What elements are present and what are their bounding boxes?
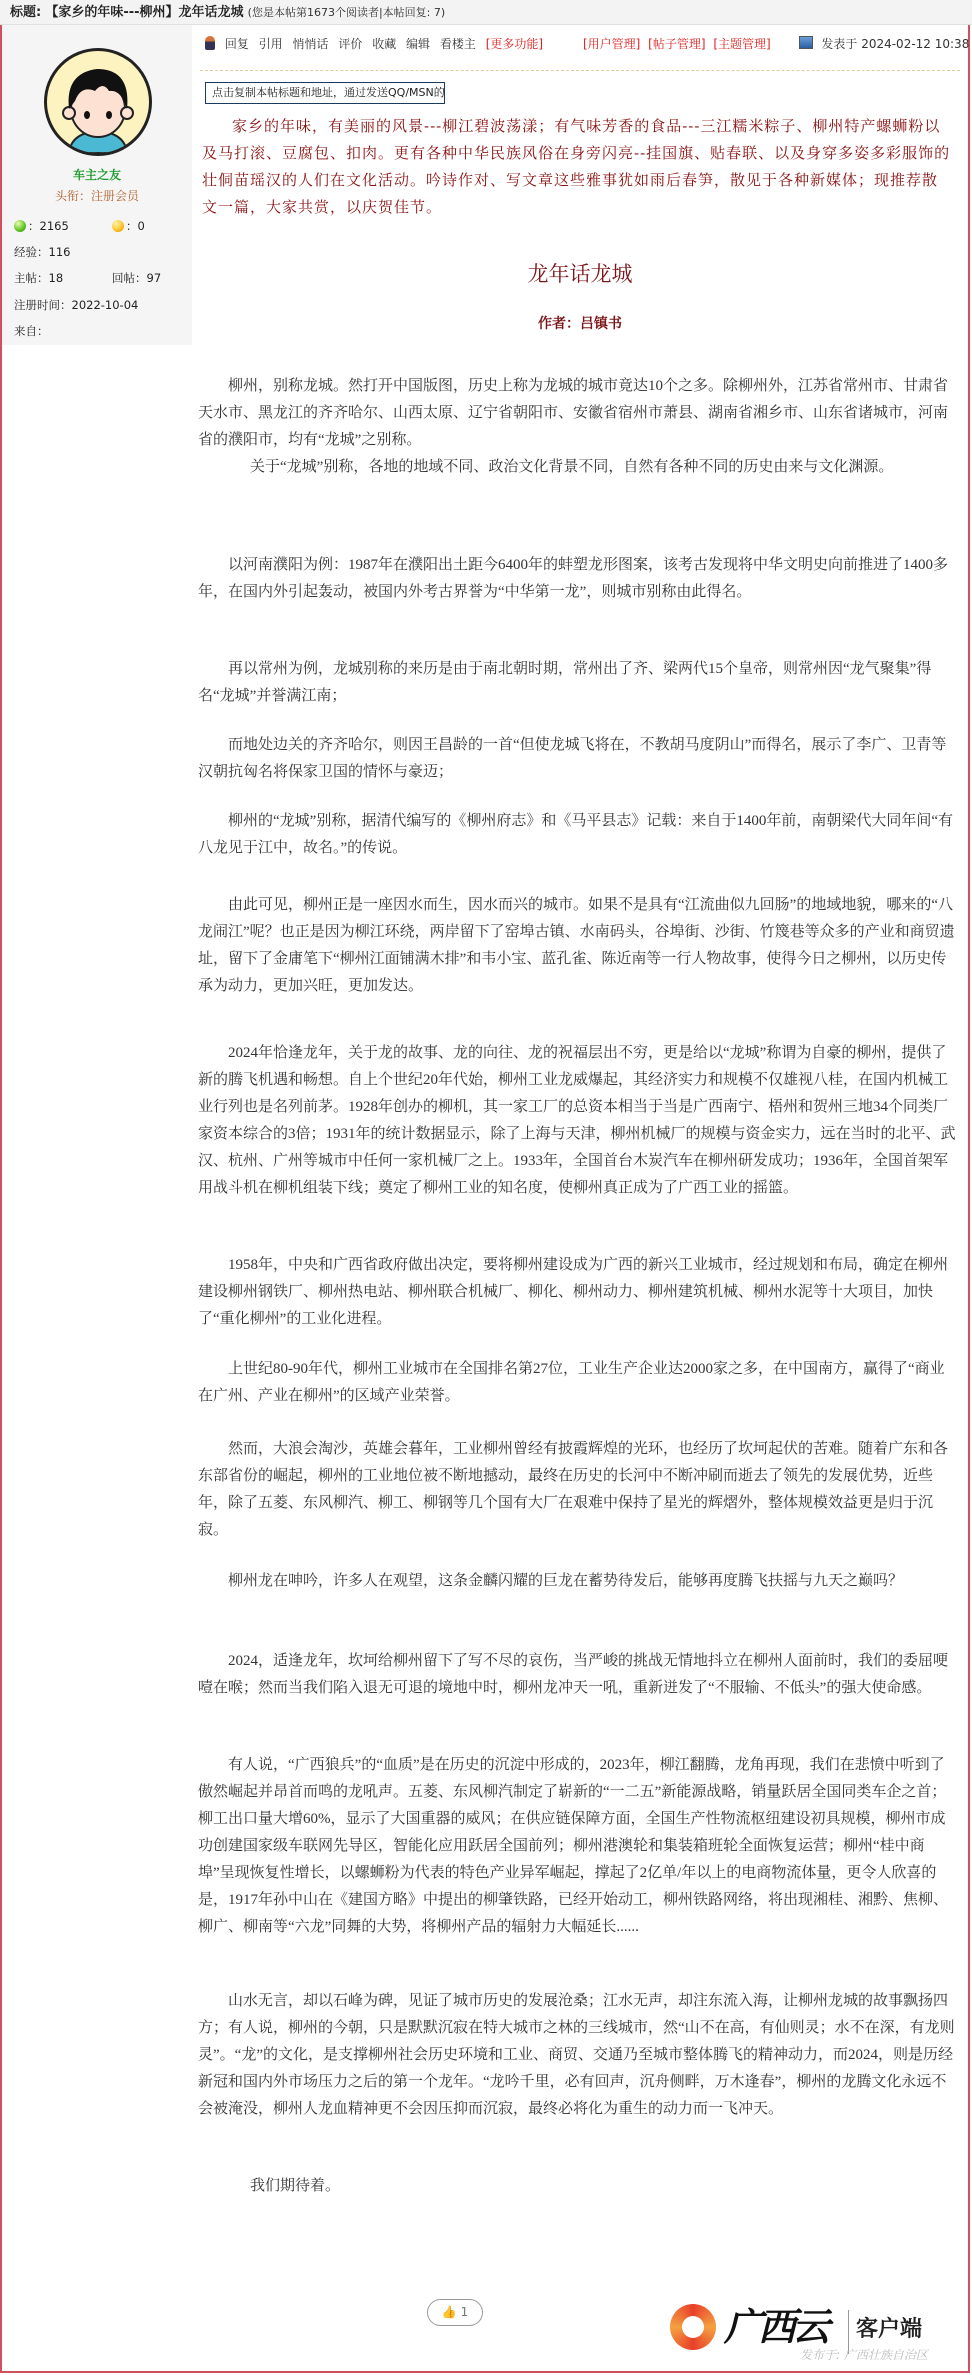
thread-title-bar: 标题: 【家乡的年味---柳州】龙年话龙城 (您是本帖第1673个阅读者|本帖回…	[0, 0, 972, 25]
author-username[interactable]: 车主之友	[2, 166, 192, 183]
like-button[interactable]: 👍 1	[427, 2299, 483, 2326]
article-body: 柳州，别称龙城。然打开中国版图，历史上称为龙城的城市竟达10个之多。除柳州外，江…	[198, 373, 956, 481]
paragraph: 柳州的“龙城”别称，据清代编写的《柳州府志》和《马平县志》记载：来自于1400年…	[198, 808, 956, 862]
paragraph: 上世纪80-90年代，柳州工业城市在全国排名第27位，工业生产企业达2000家之…	[198, 1356, 956, 1410]
thread-meta: (您是本帖第1673个阅读者|本帖回复: 7)	[248, 6, 445, 19]
paragraph: 而地处边关的齐齐哈尔，则因王昌龄的一首“但使龙城飞将在，不教胡马度阴山”而得名，…	[198, 732, 956, 786]
paragraph: 由此可见，柳州正是一座因水而生，因水而兴的城市。如果不是具有“江流曲似九回肠”的…	[198, 892, 956, 1000]
thumbs-up-icon: 👍	[442, 2305, 457, 2319]
title-label: 标题:	[10, 5, 41, 20]
article-body: 而地处边关的齐齐哈尔，则因王昌龄的一首“但使龙城飞将在，不教胡马度阴山”而得名，…	[198, 732, 956, 786]
paragraph: 2024，适逢龙年，坎坷给柳州留下了写不尽的哀伤，当严峻的挑战无情地抖立在柳州人…	[198, 1648, 956, 1702]
reply-button[interactable]: 回复	[225, 37, 249, 51]
article-body: 以河南濮阳为例：1987年在濮阳出土距今6400年的蚌塑龙形图案，该考古发现将中…	[198, 552, 956, 606]
article-body: 我们期待着。	[198, 2173, 956, 2200]
paragraph: 2024年恰逢龙年，关于龙的故事、龙的向往、龙的祝福层出不穷，更是给以“龙城”称…	[198, 1040, 956, 1202]
paragraph: 山水无言，却以石峰为碑，见证了城市历史的发展沧桑；江水无声，却注东流入海，让柳州…	[198, 1988, 956, 2123]
paragraph: 柳州，别称龙城。然打开中国版图，历史上称为龙城的城市竟达10个之多。除柳州外，江…	[198, 373, 956, 454]
like-count: 1	[461, 2305, 469, 2319]
article-body: 山水无言，却以石峰为碑，见证了城市历史的发展沧桑；江水无声，却注东流入海，让柳州…	[198, 1988, 956, 2123]
paragraph: 关于“龙城”别称，各地的地域不同、政治文化背景不同，自然有各种不同的历史由来与文…	[198, 454, 956, 481]
mascot-icon	[205, 36, 215, 50]
share-copy-box[interactable]: 点击复制本帖标题和地址，通过发送QQ/MSN的方式与朋友分享!	[205, 82, 445, 104]
article-body: 2024，适逢龙年，坎坷给柳州留下了写不尽的哀伤，当严峻的挑战无情地抖立在柳州人…	[198, 1648, 956, 1702]
gold-points-value: ：0	[126, 219, 145, 233]
article-body: 柳州龙在呻吟，许多人在观望，这条金麟闪耀的巨龙在蓄势待发后，能够再度腾飞扶摇与九…	[198, 1568, 956, 1595]
gold-points-stat: ：0	[112, 218, 145, 234]
green-points-stat: ：2165	[14, 218, 69, 234]
avatar[interactable]	[44, 48, 152, 156]
computer-icon	[799, 36, 813, 49]
client-label: 客户端	[856, 2312, 922, 2343]
brand-calligraphy: 广西云	[724, 2296, 826, 2351]
toolbar-divider	[200, 70, 960, 71]
user-admin-link[interactable]: [用户管理]	[583, 37, 640, 51]
guangxi-cloud-watermark: 广西云 客户端 发布于: 广西壮族自治区	[660, 2290, 972, 2375]
green-orb-icon	[14, 220, 26, 232]
paragraph: 然而，大浪会淘沙，英雄会暮年，工业柳州曾经有披霞辉煌的光环，也经历了坎坷起伏的苦…	[198, 1436, 956, 1544]
paragraph: 再以常州为例，龙城别称的来历是由于南北朝时期，常州出了齐、梁两代15个皇帝，则常…	[198, 656, 956, 710]
article-title: 龙年话龙城	[200, 258, 960, 288]
article-body: 上世纪80-90年代，柳州工业城市在全国排名第27位，工业生产企业达2000家之…	[198, 1356, 956, 1410]
article-body: 再以常州为例，龙城别称的来历是由于南北朝时期，常州出了齐、梁两代15个皇帝，则常…	[198, 656, 956, 710]
paragraph: 我们期待着。	[198, 2173, 956, 2200]
private-message-button[interactable]: 悄悄话	[293, 37, 329, 51]
article-body: 柳州的“龙城”别称，据清代编写的《柳州府志》和《马平县志》记载：来自于1400年…	[198, 808, 956, 862]
article-body: 2024年恰逢龙年，关于龙的故事、龙的向往、龙的祝福层出不穷，更是给以“龙城”称…	[198, 1040, 956, 1202]
quote-button[interactable]: 引用	[259, 37, 283, 51]
article-body: 然而，大浪会淘沙，英雄会暮年，工业柳州曾经有披霞辉煌的光环，也经历了坎坷起伏的苦…	[198, 1436, 956, 1544]
topic-admin-link[interactable]: [主题管理]	[713, 37, 770, 51]
gold-orb-icon	[112, 220, 124, 232]
published-location: 发布于: 广西壮族自治区	[800, 2346, 928, 2363]
replies-stat: 回帖：97	[112, 270, 161, 286]
paragraph: 有人说，“广西狼兵”的“血质”是在历史的沉淀中形成的，2023年，柳江翻腾，龙角…	[198, 1752, 956, 1941]
experience-stat: 经验：116	[14, 244, 70, 260]
boy-avatar-icon	[47, 51, 149, 153]
author-panel: 车主之友 头衔：注册会员 ：2165 ：0 经验：116 主帖：18 回帖：97…	[2, 25, 192, 345]
rate-button[interactable]: 评价	[338, 37, 362, 51]
registered-stat: 注册时间：2022-10-04	[14, 297, 138, 313]
post-toolbar: 回复 引用 悄悄话 评价 收藏 编辑 看楼主 [更多功能] [用户管理] [帖子…	[205, 35, 965, 59]
guangxi-cloud-logo-icon	[670, 2304, 716, 2350]
topics-stat: 主帖：18	[14, 270, 63, 286]
paragraph: 柳州龙在呻吟，许多人在观望，这条金麟闪耀的巨龙在蓄势待发后，能够再度腾飞扶摇与九…	[198, 1568, 956, 1595]
edit-button[interactable]: 编辑	[406, 37, 430, 51]
more-functions-link[interactable]: [更多功能]	[486, 37, 543, 51]
post-timestamp: 发表于 2024-02-12 10:38 第1楼	[821, 37, 972, 51]
article-body: 有人说，“广西狼兵”的“血质”是在历史的沉淀中形成的，2023年，柳江翻腾，龙角…	[198, 1752, 956, 1941]
author-rank: 头衔：注册会员	[2, 187, 192, 204]
article-author: 作者：吕镇书	[200, 313, 960, 333]
green-points-value: ：2165	[28, 219, 69, 233]
thread-topic: 【家乡的年味---柳州】龙年话龙城	[45, 5, 243, 20]
from-stat: 来自：	[14, 323, 49, 339]
article-body: 1958年，中央和广西省政府做出决定，要将柳州建设成为广西的新兴工业城市，经过规…	[198, 1252, 956, 1333]
paragraph: 1958年，中央和广西省政府做出决定，要将柳州建设成为广西的新兴工业城市，经过规…	[198, 1252, 956, 1333]
author-only-button[interactable]: 看楼主	[440, 37, 476, 51]
favorite-button[interactable]: 收藏	[372, 37, 396, 51]
post-admin-link[interactable]: [帖子管理]	[648, 37, 705, 51]
article-body: 由此可见，柳州正是一座因水而生，因水而兴的城市。如果不是具有“江流曲似九回肠”的…	[198, 892, 956, 1000]
paragraph: 以河南濮阳为例：1987年在濮阳出土距今6400年的蚌塑龙形图案，该考古发现将中…	[198, 552, 956, 606]
intro-paragraph: 家乡的年味，有美丽的风景---柳江碧波荡漾；有气味芳香的食品---三江糯米粽子、…	[202, 113, 952, 221]
